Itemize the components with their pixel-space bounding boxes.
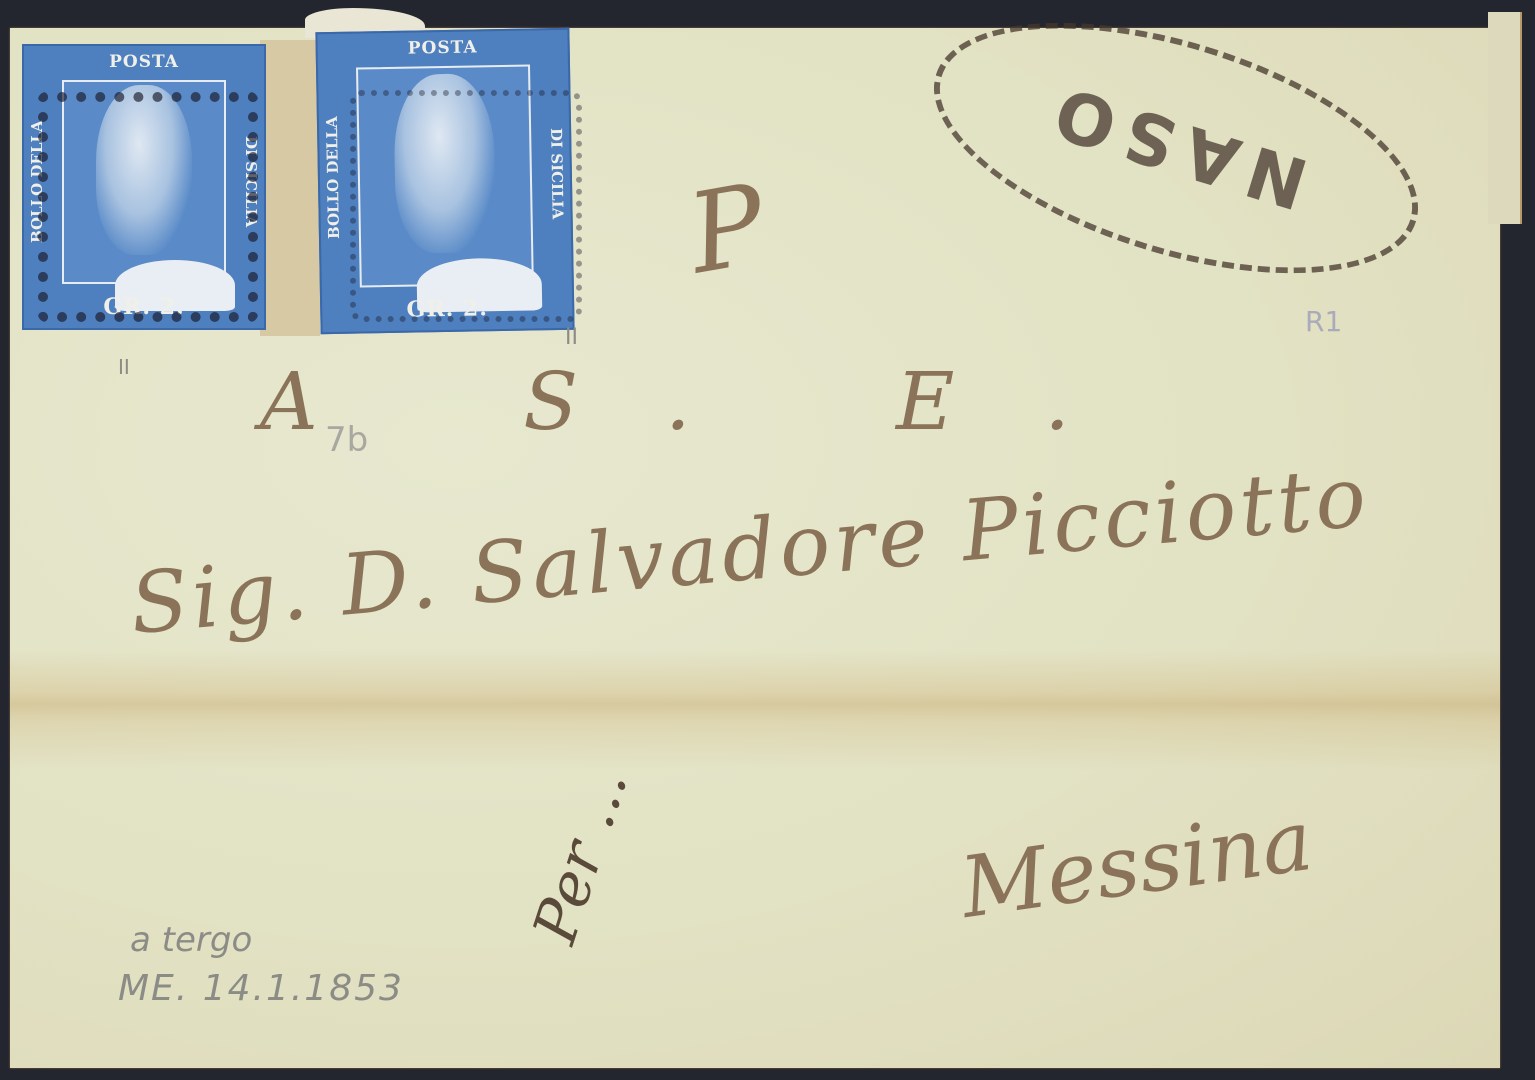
stamp-top-text: POSTA — [24, 52, 264, 72]
back-note-line-1: a tergo — [130, 920, 252, 960]
cancellation-frame-right — [350, 90, 582, 322]
pencil-mark-stamp-1: II — [118, 355, 130, 379]
fold-stain — [10, 650, 1500, 770]
stamp-gutter-margin — [260, 40, 320, 336]
cover-side-flap — [1488, 12, 1522, 224]
stamp-top-text: POSTA — [318, 36, 568, 60]
salutation: A S. E. — [260, 355, 1160, 448]
pencil-mark-stamp-2: II — [565, 325, 578, 350]
back-note-line-2: ME. 14.1.1853 — [118, 968, 404, 1009]
pencil-corner-mark: R1 — [1305, 305, 1342, 338]
cancellation-frame-left — [38, 92, 258, 322]
